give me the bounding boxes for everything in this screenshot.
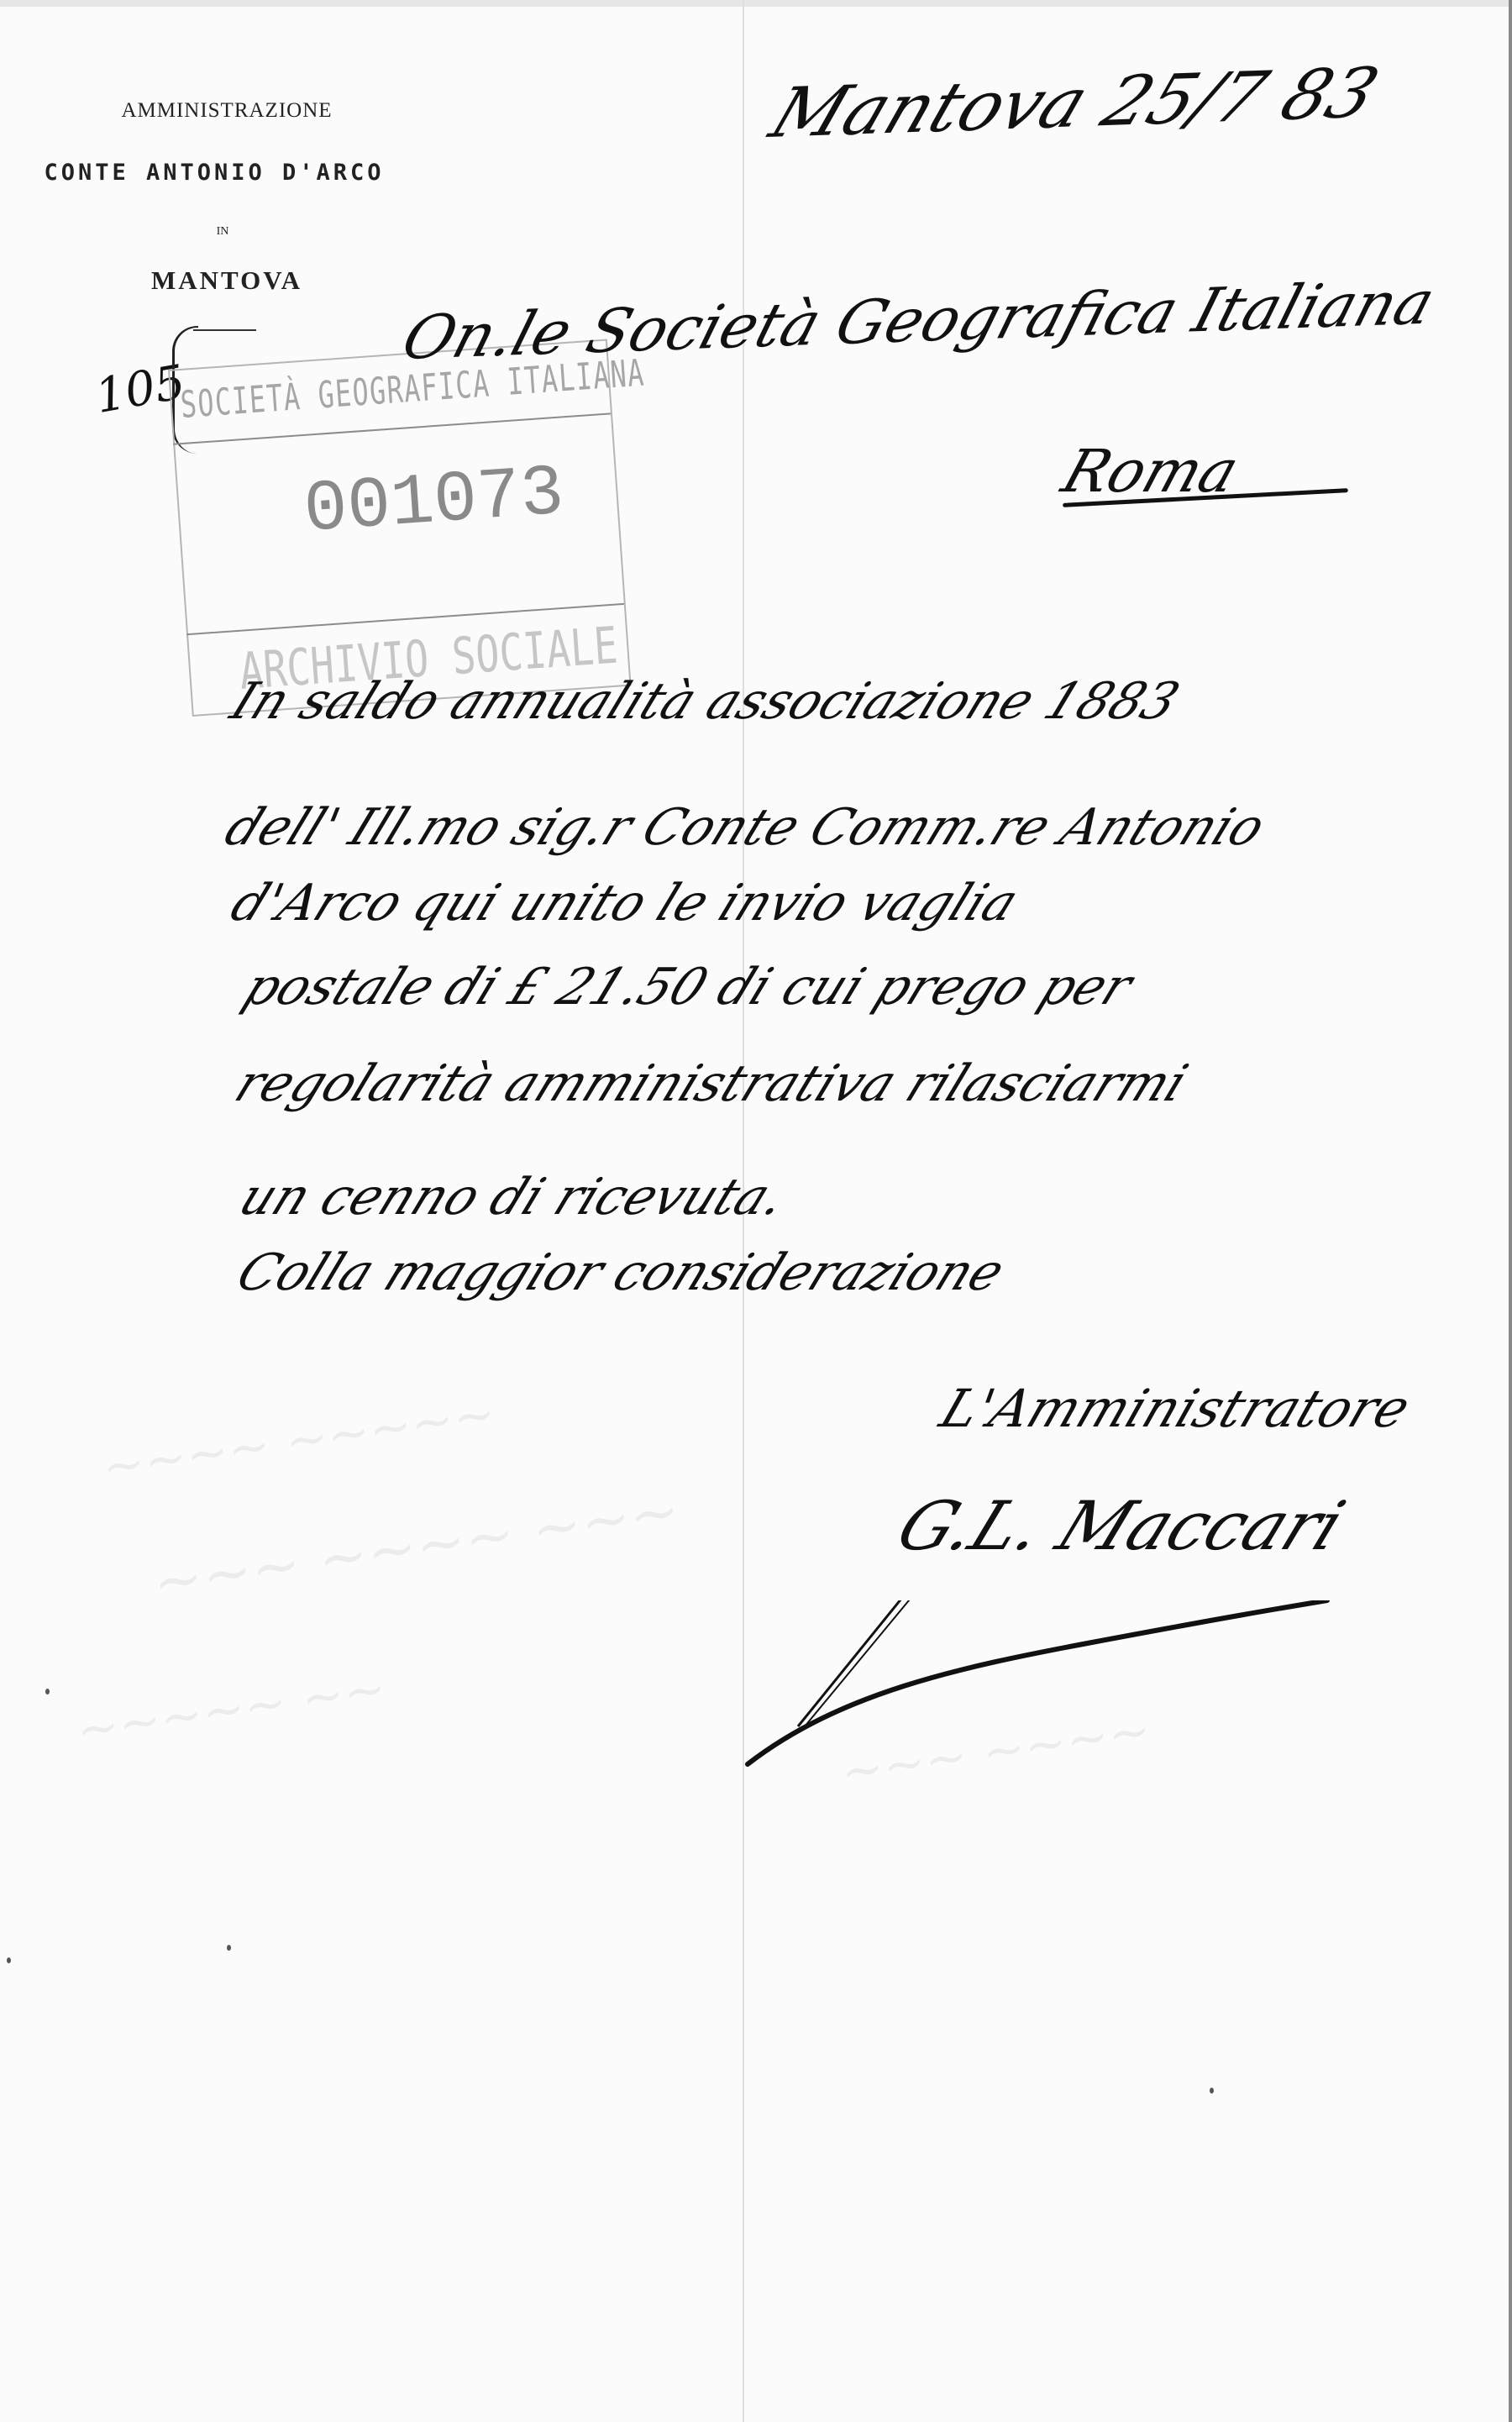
bleed-through-text: ~~~~ ~~~~~ [98, 1384, 499, 1498]
letterhead-city: MANTOVA [0, 265, 454, 296]
signature: G.L. Maccari [886, 1487, 1356, 1565]
closing-title: L'Amministratore [932, 1378, 1419, 1439]
letter-date: Mantova 25/7 83 [760, 53, 1389, 154]
letterhead-administration: AMMINISTRAZIONE [0, 99, 454, 123]
body-line: dell' Ill.mo sig.r Conte Comm.re Antonio [217, 798, 1273, 857]
body-line: un cenno di ricevuta. [231, 1168, 795, 1227]
body-line: In saldo annualità associazione 1883 [223, 672, 1188, 731]
paper-speck [7, 1957, 11, 1963]
paper-speck [45, 1689, 50, 1694]
page-right-edge [1509, 0, 1512, 2422]
bleed-through-text: ~~~~~ ~~ [73, 1659, 390, 1761]
letter-page: ~~~~ ~~~~~ ~~~ ~~~~ ~~~ ~~~~~ ~~ ~~~ ~~~… [0, 0, 1512, 2422]
body-line: regolarità amministrativa rilasciarmi [227, 1054, 1196, 1113]
body-line: Colla maggior considerazione [228, 1243, 1013, 1302]
page-top-edge [0, 0, 1512, 7]
signature-flourish [739, 1600, 1344, 1768]
bleed-through-text: ~~~ ~~~~ ~~~ [149, 1475, 683, 1617]
body-line: postale di £ 21.50 di cui prego per [235, 958, 1141, 1017]
archive-stamp: SOCIETÀ GEOGRAFICA ITALIANA 001073 ARCHI… [168, 338, 645, 722]
addressee: On.le Società Geografica Italiana [395, 267, 1442, 373]
body-line: d'Arco qui unito le invio vaglia [223, 874, 1026, 933]
letterhead-in: IN [0, 225, 445, 239]
paper-speck [227, 1945, 231, 1951]
letterhead-owner: CONTE ANTONIO D'ARCO [0, 160, 428, 186]
margin-squiggle [193, 329, 256, 331]
paper-speck [1210, 2088, 1214, 2094]
